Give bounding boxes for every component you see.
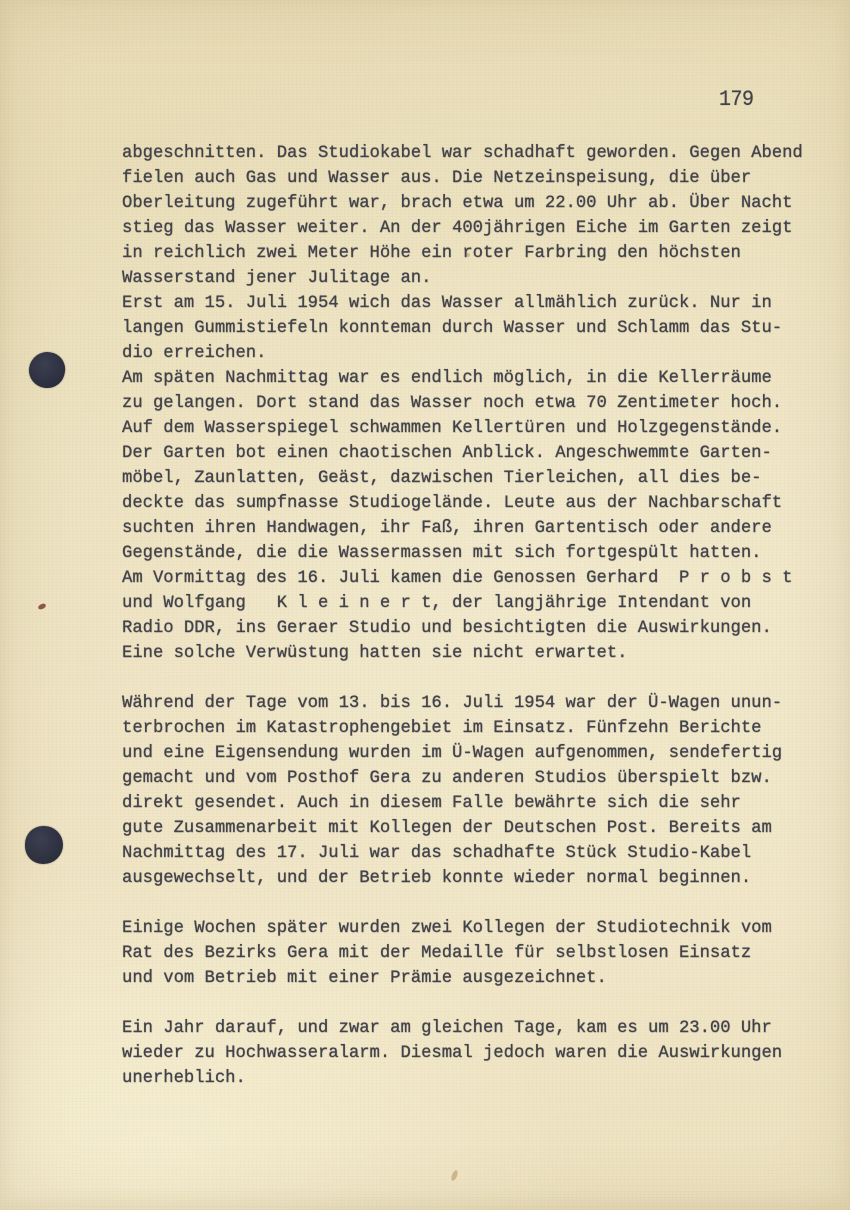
text-line: und eine Eigensendung wurden im Ü-Wagen … (122, 741, 822, 766)
text-line: langen Gummistiefeln konnteman durch Was… (122, 316, 822, 341)
text-line: direkt gesendet. Auch in diesem Falle be… (122, 791, 822, 816)
hole-punch-bottom (25, 826, 63, 864)
text-line: ausgewechselt, und der Betrieb konnte wi… (122, 866, 822, 891)
text-line: Eine solche Verwüstung hatten sie nicht … (122, 641, 822, 666)
paragraph: Einige Wochen später wurden zwei Kollege… (122, 916, 822, 991)
paragraph: Während der Tage vom 13. bis 16. Juli 19… (122, 691, 822, 891)
text-line: Der Garten bot einen chaotischen Anblick… (122, 441, 822, 466)
text-line: Rat des Bezirks Gera mit der Medaille fü… (122, 941, 822, 966)
paragraph: abgeschnitten. Das Studiokabel war schad… (122, 141, 822, 666)
text-line: Am Vormittag des 16. Juli kamen die Geno… (122, 566, 822, 591)
text-line: Oberleitung zugeführt war, brach etwa um… (122, 191, 822, 216)
text-block: abgeschnitten. Das Studiokabel war schad… (122, 141, 822, 1116)
text-line: fielen auch Gas und Wasser aus. Die Netz… (122, 166, 822, 191)
text-line: unerheblich. (122, 1066, 822, 1091)
text-line: in reichlich zwei Meter Höhe ein roter F… (122, 241, 822, 266)
text-line: suchten ihren Handwagen, ihr Faß, ihren … (122, 516, 822, 541)
paper-speck (37, 603, 46, 610)
text-line: terbrochen im Katastrophengebiet im Eins… (122, 716, 822, 741)
text-line: Auf dem Wasserspiegel schwammen Kellertü… (122, 416, 822, 441)
text-line: abgeschnitten. Das Studiokabel war schad… (122, 141, 822, 166)
text-line: deckte das sumpfnasse Studiogelände. Leu… (122, 491, 822, 516)
paragraph: Ein Jahr darauf, und zwar am gleichen Ta… (122, 1016, 822, 1091)
text-line: Erst am 15. Juli 1954 wich das Wasser al… (122, 291, 822, 316)
text-line: zu gelangen. Dort stand das Wasser noch … (122, 391, 822, 416)
text-line: Während der Tage vom 13. bis 16. Juli 19… (122, 691, 822, 716)
text-line: Gegenstände, die die Wassermassen mit si… (122, 541, 822, 566)
text-line: Einige Wochen später wurden zwei Kollege… (122, 916, 822, 941)
hole-punch-top (27, 350, 68, 391)
text-line: Wasserstand jener Julitage an. (122, 266, 822, 291)
text-line: wieder zu Hochwasseralarm. Diesmal jedoc… (122, 1041, 822, 1066)
text-line: dio erreichen. (122, 341, 822, 366)
text-line: gute Zusammenarbeit mit Kollegen der Deu… (122, 816, 822, 841)
text-line: stieg das Wasser weiter. An der 400jähri… (122, 216, 822, 241)
text-line: Nachmittag des 17. Juli war das schadhaf… (122, 841, 822, 866)
text-line: möbel, Zaunlatten, Geäst, dazwischen Tie… (122, 466, 822, 491)
text-line: und Wolfgang K l e i n e r t, der langjä… (122, 591, 822, 616)
text-line: und vom Betrieb mit einer Prämie ausgeze… (122, 966, 822, 991)
text-line: Radio DDR, ins Geraer Studio und besicht… (122, 616, 822, 641)
document-page: 179 abgeschnitten. Das Studiokabel war s… (0, 0, 850, 1210)
paper-speck (450, 1169, 459, 1181)
page-number: 179 (719, 87, 754, 113)
text-line: Ein Jahr darauf, und zwar am gleichen Ta… (122, 1016, 822, 1041)
text-line: Am späten Nachmittag war es endlich mögl… (122, 366, 822, 391)
text-line: gemacht und vom Posthof Gera zu anderen … (122, 766, 822, 791)
